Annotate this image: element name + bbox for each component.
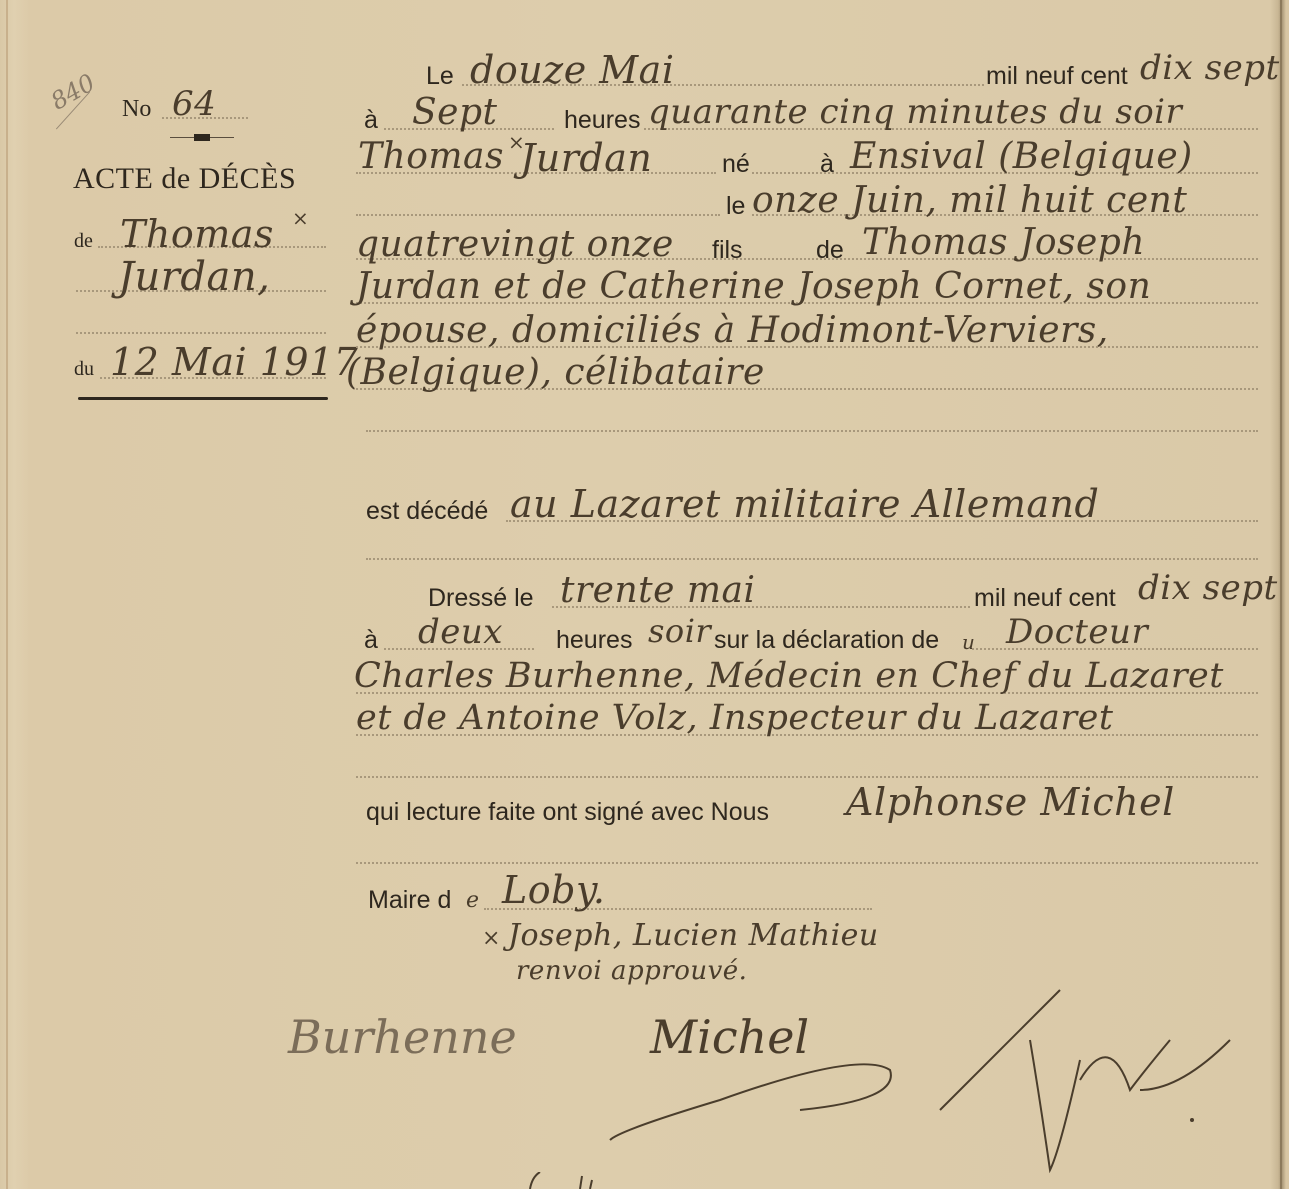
declarant-line-1: Charles Burhenne, Médecin en Chef du Laz…	[354, 656, 1224, 696]
signature-volz	[930, 980, 1260, 1180]
margin-underline	[78, 397, 328, 400]
label-le: Le	[426, 62, 454, 91]
death-minutes: quarante cinq minutes du soir	[648, 92, 1182, 132]
label-lecture: qui lecture faite ont signé avec Nous	[366, 798, 769, 827]
dots-blank-2	[366, 558, 1258, 560]
status-line: (Belgique), célibataire	[346, 352, 765, 393]
margin-name-last: Jurdan,	[118, 254, 270, 300]
margin-date: 12 Mai 1917	[110, 340, 358, 384]
insert-mark: ×	[292, 206, 309, 230]
next-record-cutoff	[520, 1172, 920, 1189]
margin-name-first: Thomas	[120, 212, 274, 256]
dresse-period: soir	[648, 612, 711, 650]
dresse-year: dix sept	[1138, 568, 1278, 608]
dots-blank-3	[356, 776, 1258, 778]
maire-suffix: e	[466, 888, 480, 913]
label-fils: fils	[712, 236, 743, 265]
label-ne: né	[722, 150, 750, 179]
residence-line: épouse, domiciliés à Hodimont-Verviers,	[356, 310, 1109, 351]
birthplace: Ensival (Belgique)	[850, 136, 1193, 177]
mayor-name: Alphonse Michel	[846, 780, 1175, 824]
father-name: Thomas Joseph	[862, 222, 1145, 263]
label-est-decede: est décédé	[366, 497, 488, 526]
label-le-birth: le	[726, 192, 745, 221]
name-dots-3	[76, 332, 326, 334]
birth-date: onze Juin, mil huit cent	[752, 180, 1187, 221]
renvoi-approved: renvoi approuvé.	[516, 956, 747, 986]
declarant-title: Docteur	[1006, 612, 1148, 652]
dots-l9	[366, 430, 1258, 432]
death-year: dix sept	[1140, 48, 1280, 88]
du-label: du	[74, 358, 94, 381]
label-mil-neuf-cent: mil neuf cent	[986, 62, 1128, 91]
label-dresse-heures: heures	[556, 626, 632, 655]
death-hour: Sept	[412, 92, 497, 133]
ornament-center	[194, 134, 210, 141]
declarant-line-2: et de Antoine Volz, Inspecteur du Lazare…	[356, 698, 1113, 738]
page-binding-edge	[1280, 0, 1282, 1189]
commune: Loby.	[502, 868, 605, 912]
renvoi-mark: ×	[482, 926, 501, 951]
de-label: de	[74, 230, 93, 253]
dresse-date: trente mai	[560, 570, 756, 611]
label-a-birth: à	[820, 150, 834, 179]
signature-michel-flourish	[600, 1040, 920, 1150]
parents-line: Jurdan et de Catherine Joseph Cornet, so…	[356, 266, 1151, 307]
label-a-dresse: à	[364, 626, 378, 655]
renvoi-text: Joseph, Lucien Mathieu	[508, 918, 879, 953]
label-dresse-le: Dressé le	[428, 584, 534, 613]
dots-blank-4	[356, 862, 1258, 864]
declaration-suffix: u	[962, 630, 975, 654]
no-label: No	[122, 96, 151, 123]
label-dresse-year: mil neuf cent	[974, 584, 1116, 613]
label-de-parents: de	[816, 236, 844, 265]
margin-title: ACTE de DÉCÈS	[73, 162, 296, 196]
dots-l4a	[356, 214, 720, 216]
page-left-edge	[6, 0, 8, 1189]
label-maire: Maire d	[368, 886, 451, 915]
dresse-hour: deux	[418, 612, 503, 652]
label-declaration: sur la déclaration de	[714, 626, 939, 655]
death-place: au Lazaret militaire Allemand	[510, 482, 1099, 526]
birth-year: quatrevingt onze	[356, 224, 674, 265]
deceased-first-name: Thomas	[358, 136, 504, 177]
death-day-month: douze Mai	[470, 48, 674, 92]
deceased-surname: Jurdan	[520, 136, 652, 180]
label-heures: heures	[564, 106, 640, 135]
no-value: 64	[172, 84, 216, 124]
signature-burhenne: Burhenne	[288, 1010, 517, 1064]
label-a: à	[364, 106, 378, 135]
